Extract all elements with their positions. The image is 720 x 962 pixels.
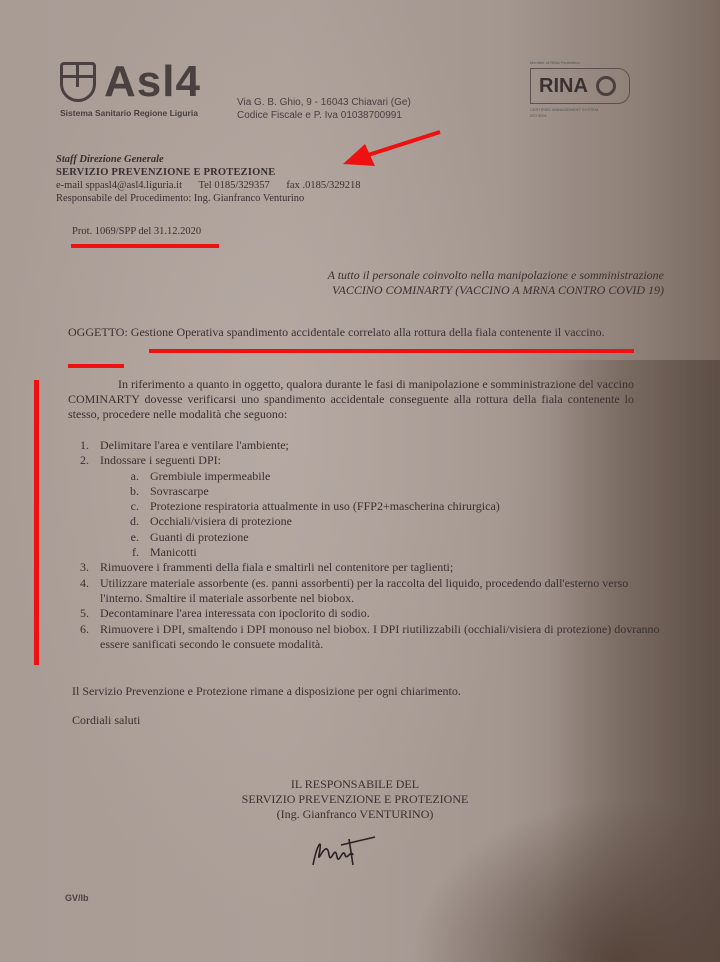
step-item: Rimuovere i DPI, smaltendo i DPI monouso…	[92, 622, 662, 653]
email: e-mail sppasl4@asl4.liguria.it	[56, 180, 182, 191]
recipient-block: A tutto il personale coinvolto nella man…	[240, 268, 664, 298]
address-line: Via G. B. Ghio, 9 - 16043 Chiavari (Ge)	[237, 96, 411, 109]
signatory-title: IL RESPONSABILE DEL	[200, 777, 510, 792]
recipient-vaccine-line: VACCINO COMINARTY (VACCINO A MRNA CONTRO…	[240, 283, 664, 298]
rina-iso-line: ISO 9001	[530, 113, 630, 119]
rina-badge: RINA	[530, 68, 630, 104]
logo-subtitle: Sistema Sanitario Regione Liguria	[60, 108, 198, 118]
certification-circle-icon	[596, 76, 616, 96]
fax: fax .0185/329218	[286, 180, 360, 191]
signature-block: IL RESPONSABILE DEL SERVIZIO PREVENZIONE…	[200, 777, 510, 822]
signatory-department: SERVIZIO PREVENZIONE E PROTEZIONE	[200, 792, 510, 807]
red-vertical-line-annotation	[34, 380, 39, 665]
department-name: SERVIZIO PREVENZIONE E PROTEZIONE	[56, 166, 374, 179]
protocol-number: Prot. 1069/SPP del 31.12.2020	[72, 226, 201, 237]
dpi-item: Grembiule impermeabile	[142, 469, 662, 484]
staff-label: Staff Direzione Generale	[56, 153, 374, 166]
step-item: Utilizzare materiale assorbente (es. pan…	[92, 576, 662, 607]
liguria-shield-icon	[60, 62, 96, 102]
dpi-list: Grembiule impermeabile Sovrascarpe Prote…	[100, 469, 662, 561]
signatory-name: (Ing. Gianfranco VENTURINO)	[200, 807, 510, 822]
greeting: Cordiali saluti	[72, 713, 140, 728]
rina-brand: RINA	[539, 75, 588, 98]
contact-line: e-mail sppasl4@asl4.liguria.it Tel 0185/…	[56, 179, 374, 192]
red-underline-subject-end	[68, 364, 124, 368]
red-underline-subject	[149, 349, 634, 353]
responsible-line: Responsabile del Procedimento: Ing. Gian…	[56, 192, 374, 205]
procedure-steps: Delimitare l'area e ventilare l'ambiente…	[68, 438, 662, 652]
logo-text: Asl4	[104, 62, 201, 102]
red-underline-protocol	[71, 244, 219, 248]
handwritten-signature-icon	[305, 825, 385, 870]
subject-label: OGGETTO:	[68, 325, 128, 339]
address: Via G. B. Ghio, 9 - 16043 Chiavari (Ge) …	[237, 96, 411, 122]
red-arrow-annotation-icon	[335, 128, 445, 170]
subject: OGGETTO: Gestione Operativa spandimento …	[68, 325, 634, 340]
sender-block: Staff Direzione Generale SERVIZIO PREVEN…	[56, 153, 374, 205]
step-item: Rimuovere i frammenti della fiala e smal…	[92, 560, 662, 575]
recipient-line: A tutto il personale coinvolto nella man…	[240, 268, 664, 283]
rina-certification-logo: Member of RINA Federation RINA CERTIFIED…	[530, 60, 630, 119]
body-paragraph: In riferimento a quanto in oggetto, qual…	[68, 377, 634, 422]
dpi-item: Protezione respiratoria attualmente in u…	[142, 499, 662, 514]
step-item: Delimitare l'area e ventilare l'ambiente…	[92, 438, 662, 453]
rina-top-text: Member of RINA Federation	[530, 60, 630, 65]
step-item: Indossare i seguenti DPI: Grembiule impe…	[92, 453, 662, 560]
asl4-logo: Asl4	[60, 62, 201, 102]
step-item: Decontaminare l'area interessata con ipo…	[92, 606, 662, 621]
dpi-item: Guanti di protezione	[142, 530, 662, 545]
subject-text: Gestione Operativa spandimento accidenta…	[131, 325, 605, 339]
tax-code-line: Codice Fiscale e P. Iva 01038700991	[237, 109, 411, 122]
dpi-item: Sovrascarpe	[142, 484, 662, 499]
step-text: Indossare i seguenti DPI:	[100, 453, 221, 467]
initials: GV/lb	[65, 893, 89, 903]
telephone: Tel 0185/329357	[198, 180, 269, 191]
dpi-item: Manicotti	[142, 545, 662, 560]
closing-sentence: Il Servizio Prevenzione e Protezione rim…	[72, 684, 461, 699]
dpi-item: Occhiali/visiera di protezione	[142, 514, 662, 529]
rina-bottom-text: CERTIFIED MANAGEMENT SYSTEM ISO 9001	[530, 107, 630, 119]
